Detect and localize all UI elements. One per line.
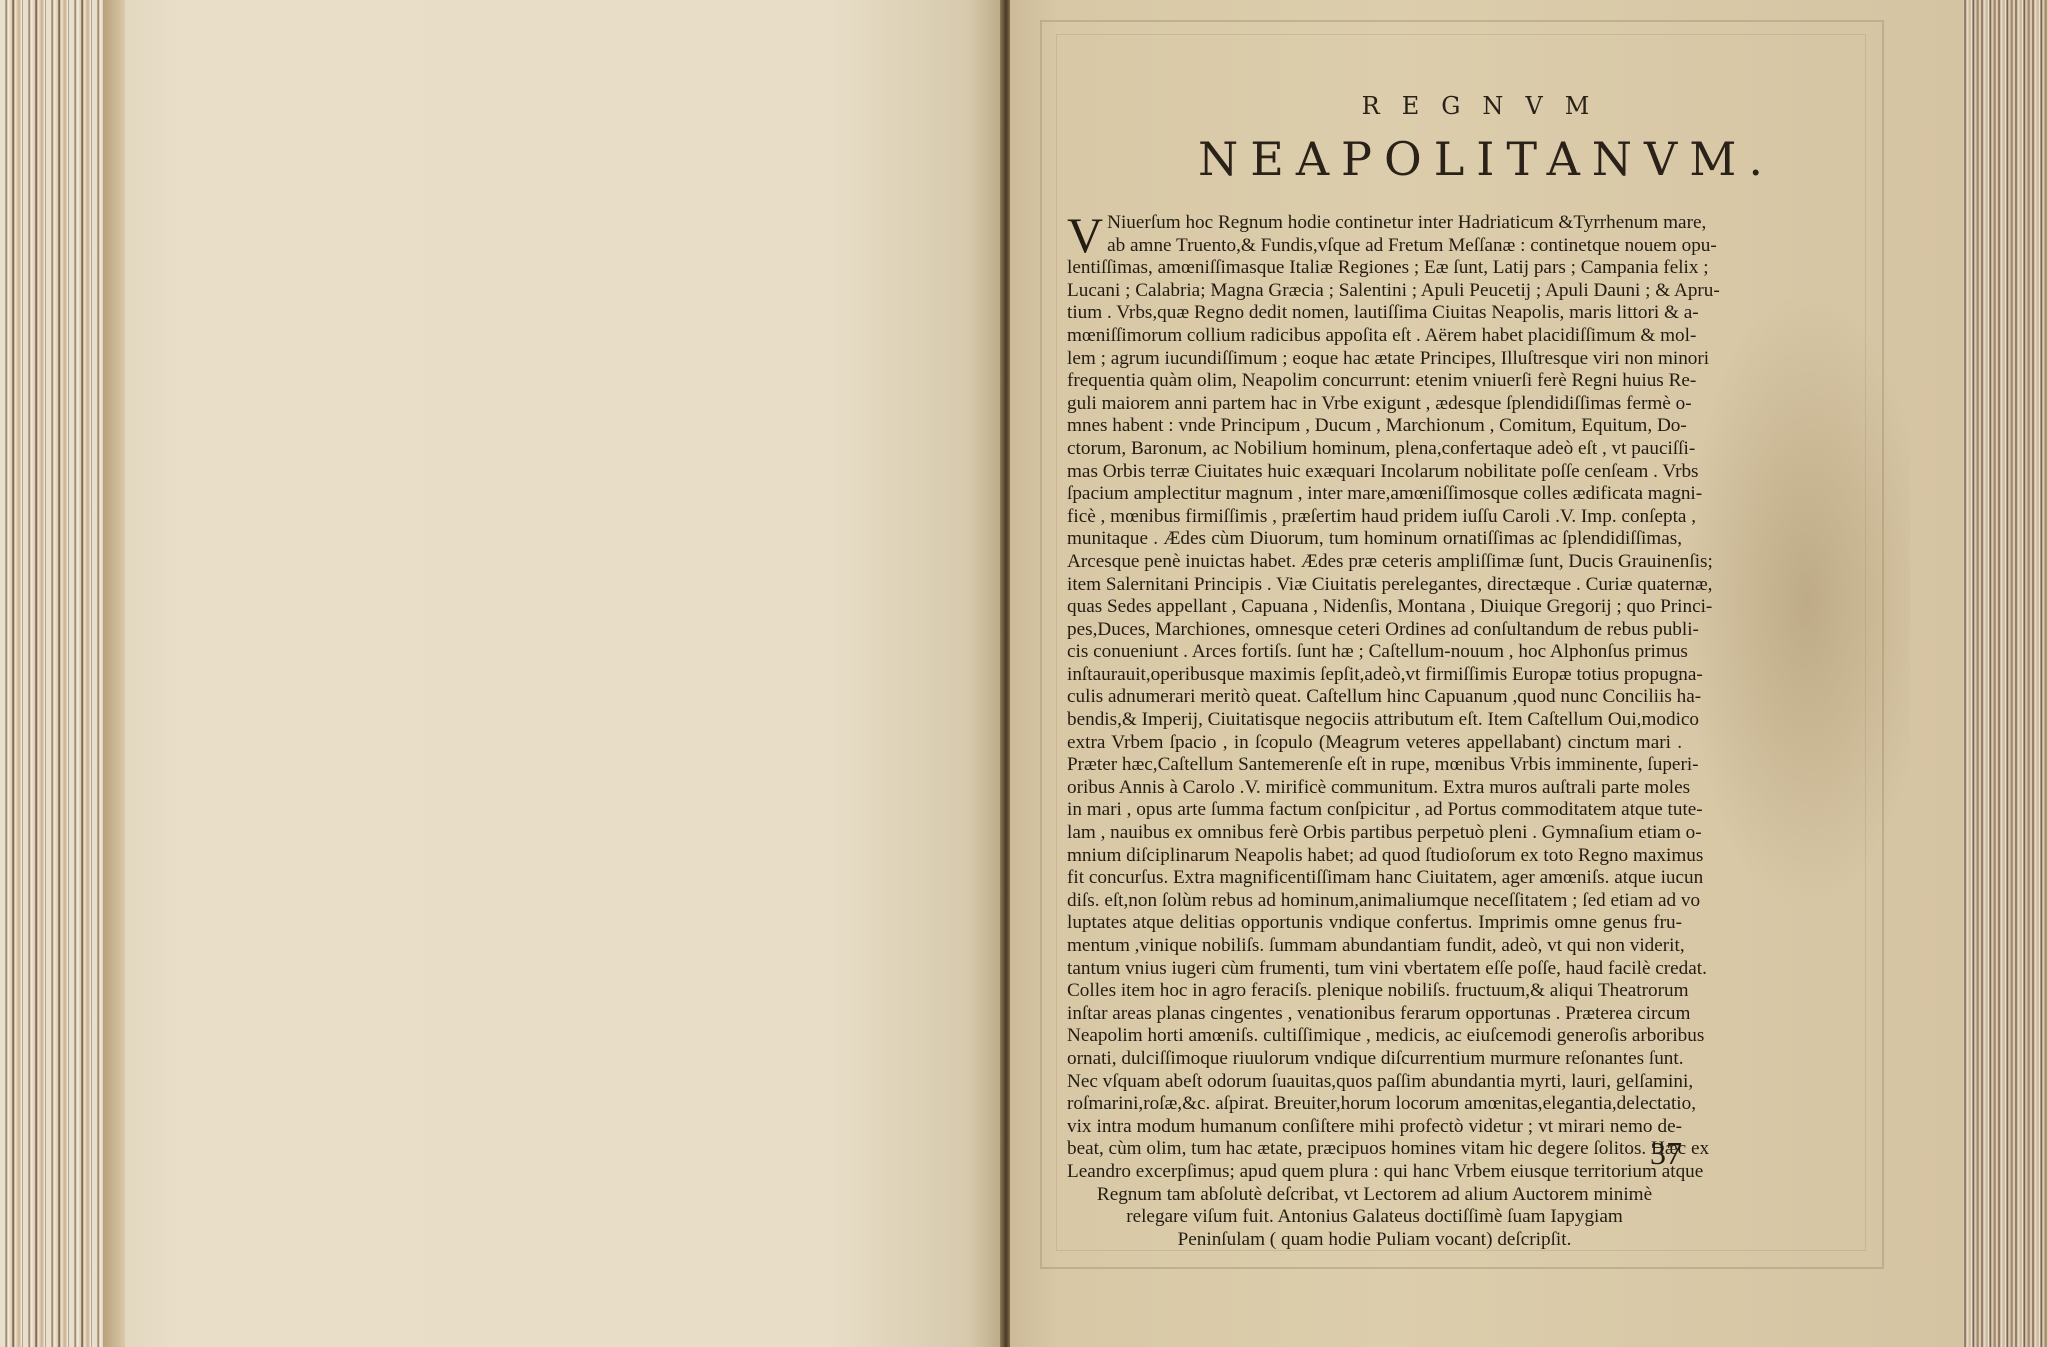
drop-cap: V [1067, 214, 1103, 256]
text-line: Niuerſum hoc Regnum hodie continetur int… [1067, 212, 1682, 235]
closing-text-line: Regnum tam abſolutè deſcribat, vt Lector… [1067, 1184, 1682, 1207]
text-line: guli maiorem anni partem hac in Vrbe exi… [1067, 393, 1682, 416]
page-number: 37 [1650, 1135, 1682, 1172]
text-line: inſtaurauit,operibusque maximis ſepſit,a… [1067, 664, 1682, 687]
text-line: lem ; agrum iucundiſſimum ; eoque hac æt… [1067, 348, 1682, 371]
text-line: lam , nauibus ex omnibus ferè Orbis part… [1067, 822, 1682, 845]
text-line: tium . Vrbs,quæ Regno dedit nomen, lauti… [1067, 302, 1682, 325]
text-line: roſmarini,roſæ,&c. aſpirat. Breuiter,hor… [1067, 1093, 1682, 1116]
right-page: REGNVM NEAPOLITANVM. V Niuerſum hoc Regn… [1010, 0, 1963, 1347]
text-line: inſtar areas planas cingentes , venation… [1067, 1003, 1682, 1026]
text-line: ctorum, Baronum, ac Nobilium hominum, pl… [1067, 438, 1682, 461]
text-line: ſpacium amplectitur magnum , inter mare,… [1067, 483, 1682, 506]
text-line: frequentia quàm olim, Neapolim concurrun… [1067, 370, 1682, 393]
text-line: ficè , mœnibus firmiſſimis , præſertim h… [1067, 506, 1682, 529]
text-line: mas Orbis terræ Ciuitates huic exæquari … [1067, 461, 1682, 484]
text-line: Neapolim horti amœniſs. cultiſſimique , … [1067, 1025, 1682, 1048]
text-line: mnes habent : vnde Principum , Ducum , M… [1067, 415, 1682, 438]
text-line: Colles item hoc in agro feraciſs. pleniq… [1067, 980, 1682, 1003]
text-line: munitaque . Ædes cùm Diuorum, tum hominu… [1067, 528, 1682, 551]
book-spread: REGNVM NEAPOLITANVM. V Niuerſum hoc Regn… [0, 0, 2048, 1347]
text-line: vix intra modum humanum conſiſtere mihi … [1067, 1116, 1682, 1139]
text-line: mœniſſimorum collium radicibus appoſita … [1067, 325, 1682, 348]
left-page-blank [125, 0, 1005, 1347]
text-line: ornati, dulciſſimoque riuulorum vndique … [1067, 1048, 1682, 1071]
text-line: mentum ,vinique nobiliſs. ſummam abundan… [1067, 935, 1682, 958]
text-line: mnium diſciplinarum Neapolis habet; ad q… [1067, 845, 1682, 868]
text-line: pes,Duces, Marchiones, omnesque ceteri O… [1067, 619, 1682, 642]
text-line: in mari , opus arte ſumma factum conſpic… [1067, 799, 1682, 822]
text-line: Leandro excerpſimus; apud quem plura : q… [1067, 1161, 1682, 1184]
text-line: ab amne Truento,& Fundis,vſque ad Fretum… [1067, 235, 1682, 258]
text-line: oribus Annis à Carolo .V. mirificè commu… [1067, 777, 1682, 800]
text-line: fit concurſus. Extra magnificentiſſimam … [1067, 867, 1682, 890]
text-line: luptates atque delitias opportunis vndiq… [1067, 912, 1682, 935]
text-line: lentiſſimas, amœniſſimasque Italiæ Regio… [1067, 257, 1682, 280]
text-line: tantum vnius iugeri cùm frumenti, tum vi… [1067, 958, 1682, 981]
body-text: V Niuerſum hoc Regnum hodie continetur i… [1067, 212, 1682, 1251]
closing-text-line: Peninſulam ( quam hodie Puliam vocant) d… [1067, 1229, 1682, 1252]
text-line: quas Sedes appellant , Capuana , Nidenſi… [1067, 596, 1682, 619]
page-edges-right [1963, 0, 2048, 1347]
page-edges-left [0, 0, 125, 1347]
closing-text-line: relegare viſum fuit. Antonius Galateus d… [1067, 1206, 1682, 1229]
text-line: cis conueniunt . Arces fortiſs. ſunt hæ … [1067, 641, 1682, 664]
text-line: Lucani ; Calabria; Magna Græcia ; Salent… [1067, 280, 1682, 303]
heading-neapolitanum: NEAPOLITANVM. [1010, 132, 1963, 186]
heading-regnum: REGNVM [1010, 92, 1963, 120]
text-line: item Salernitani Principis . Viæ Ciuitat… [1067, 574, 1682, 597]
text-line: bendis,& Imperij, Ciuitatisque negociis … [1067, 709, 1682, 732]
text-line: Præter hæc,Caſtellum Santemerenſe eſt in… [1067, 754, 1682, 777]
text-line: diſs. eſt,non ſolùm rebus ad hominum,ani… [1067, 890, 1682, 913]
text-line: Nec vſquam abeſt odorum ſuauitas,quos pa… [1067, 1071, 1682, 1094]
text-line: culis adnumerari meritò queat. Caſtellum… [1067, 686, 1682, 709]
text-line: beat, cùm olim, tum hac ætate, præcipuos… [1067, 1138, 1682, 1161]
text-line: Arcesque penè inuictas habet. Ædes præ c… [1067, 551, 1682, 574]
show-through-stain [1680, 290, 1910, 910]
text-line: extra Vrbem ſpacio , in ſcopulo (Meagrum… [1067, 732, 1682, 755]
